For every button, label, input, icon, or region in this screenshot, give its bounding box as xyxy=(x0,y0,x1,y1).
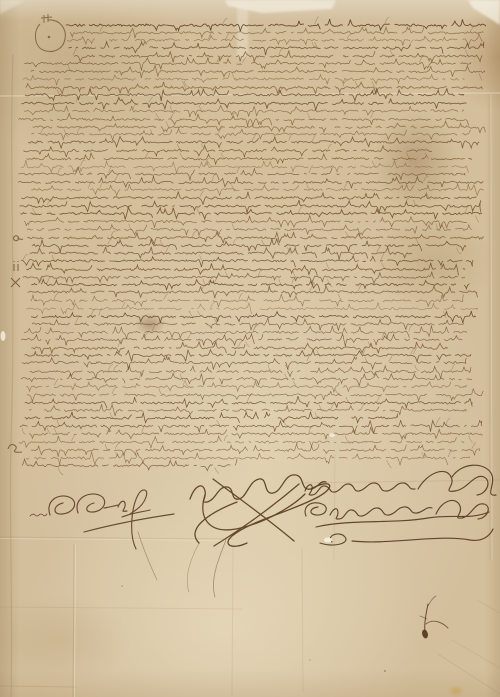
manuscript-photo xyxy=(0,0,500,697)
ink-blot xyxy=(420,596,448,639)
margin-marks xyxy=(8,236,23,452)
manuscript-overlay xyxy=(0,0,500,697)
center-signature-rubric xyxy=(187,475,329,597)
torn-paper-edges xyxy=(0,0,500,58)
right-signature-block xyxy=(305,465,496,545)
fold-creases xyxy=(0,55,500,697)
left-signature xyxy=(30,490,174,580)
handwriting-text-block xyxy=(18,16,488,474)
notarial-circle-mark xyxy=(35,14,65,52)
